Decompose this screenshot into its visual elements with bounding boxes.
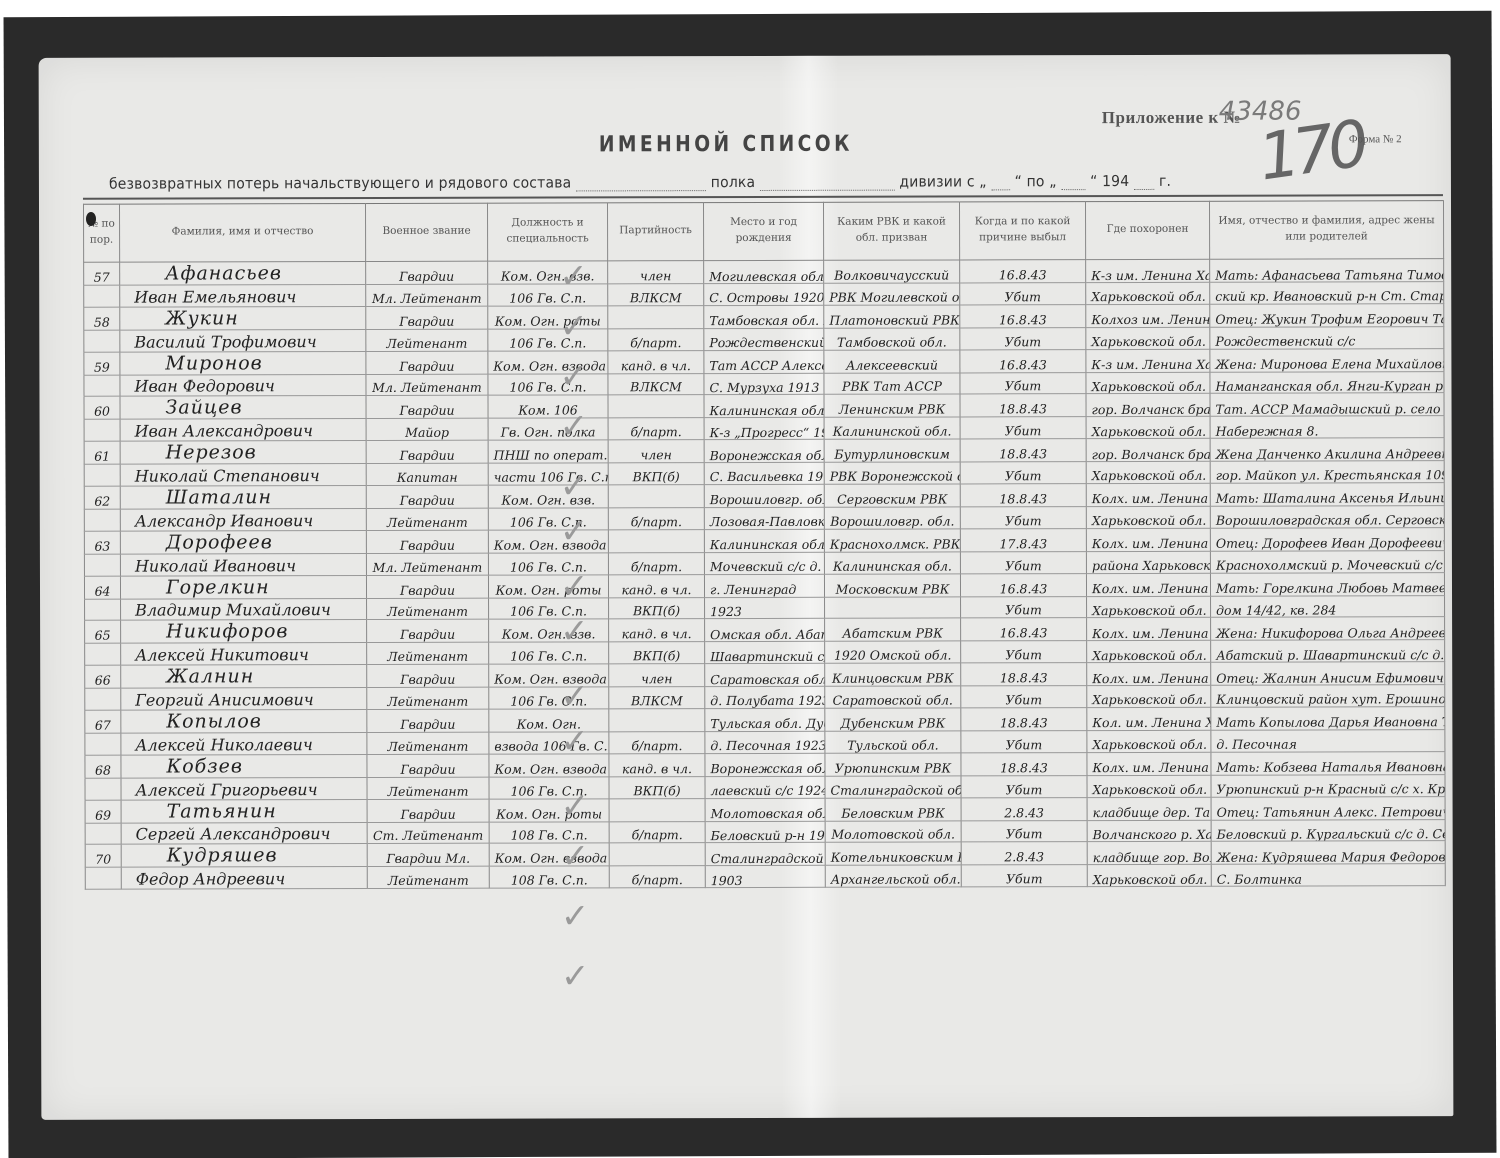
row-number-cont — [84, 464, 120, 486]
death-cause: Убит — [961, 641, 1087, 663]
burial-region: Харьковской обл. — [1086, 461, 1210, 483]
birth-year: Шавартинский с/с д. Осинцево — [705, 642, 825, 664]
death-date: 17.8.43 — [960, 528, 1086, 551]
birth-place: Тульская обл. Дубенский р-н — [705, 708, 825, 731]
relatives-address: Ворошиловградская обл. Серговский р. шах… — [1210, 506, 1444, 528]
row-number: 69 — [85, 800, 121, 823]
row-number: 64 — [84, 576, 120, 599]
row-number-cont — [84, 375, 120, 397]
given-names: Сергей Александрович — [121, 822, 367, 844]
death-date: 2.8.43 — [961, 797, 1087, 820]
burial-place: Колх. им. Ленина Харьковского р. — [1086, 483, 1210, 506]
rvk-region: Тамбовской обл. — [824, 328, 960, 350]
death-date: 18.8.43 — [961, 663, 1087, 686]
relatives: Отец: Дорофеев Иван Дорофеевич Калининск… — [1210, 527, 1444, 551]
birth-place: Омская обл. Абатский р-н — [705, 619, 825, 642]
table-row-continued: Иван ФедоровичМл. Лейтенант106 Гв. С.п.В… — [84, 371, 1444, 396]
table-row-continued: Иван ЕмельяновичМл. Лейтенант106 Гв. С.п… — [84, 282, 1444, 307]
given-names: Алексей Никитович — [121, 643, 367, 665]
party: канд. в чл. — [608, 574, 704, 597]
rvk: Урюпинским РВК — [825, 753, 961, 776]
death-cause: Убит — [960, 462, 1086, 484]
birth-place: Калининская обл. Краснохолмский р. — [704, 529, 824, 552]
table-row: 66ЖалнинГвардииКом. Огн. взводачленСарат… — [85, 662, 1445, 689]
row-number: 61 — [84, 441, 120, 464]
regiment-blank — [576, 190, 706, 191]
table-row: 60ЗайцевГвардииКом. 106Калининская обл. … — [84, 393, 1444, 420]
party: канд. в чл. — [609, 619, 705, 642]
relatives-address: С. Болтинка — [1211, 864, 1445, 886]
rvk-region: Ворошиловгр. обл. — [824, 507, 960, 529]
rvk: Серговским РВК — [824, 484, 960, 507]
birth-place: Тат АССР Алексеевский р. — [704, 350, 824, 373]
rank: Гвардии — [366, 306, 488, 329]
relatives-address: Клинцовский район хут. Ерошино — [1211, 685, 1445, 707]
given-names: Василий Трофимович — [120, 329, 366, 351]
relatives-address: Наманганская обл. Янги-Курган р-н — [1210, 371, 1444, 393]
death-cause: Убит — [960, 417, 1086, 439]
row-number: 62 — [84, 486, 120, 509]
birth-place: Ворошиловгр. обл. Серговский р-н — [704, 484, 824, 507]
pencil-check-icon: ✓ — [560, 676, 589, 716]
row-number-cont — [84, 330, 120, 352]
given-names: Георгий Анисимович — [121, 688, 367, 710]
row-number-cont — [84, 285, 120, 307]
party-status: ВЛКСМ — [609, 687, 705, 709]
burial-place: гор. Волчанск братская могила — [1086, 394, 1210, 417]
relatives: Жена: Кудряшева Мария Федоровна Архангел… — [1211, 841, 1445, 865]
row-number-cont — [85, 733, 121, 755]
rank: Гвардии — [367, 664, 489, 687]
row-number: 70 — [85, 844, 121, 867]
burial-region: района Харьковской обл. — [1086, 551, 1210, 573]
rvk: Волковичаусский — [824, 260, 960, 283]
date-from-blank — [991, 189, 1010, 190]
rvk: Клинцовским РВК — [825, 663, 961, 686]
death-date: 16.8.43 — [960, 304, 1086, 327]
burial-place: кладбище дер. Татарканка — [1087, 797, 1211, 820]
rvk-region: 1920 Омской обл. — [825, 641, 961, 663]
rank: Гвардии — [366, 351, 488, 374]
burial-place: Колх. им. Ленина Харьковского — [1086, 528, 1210, 551]
table-row: 61НерезовГвардииПНШ по операт.членВороне… — [84, 438, 1444, 465]
rvk-region: Саратовской обл. — [825, 686, 961, 708]
birth-place: Молотовская обл. — [705, 798, 825, 821]
burial-place: кладбище гор. Волчанск — [1087, 842, 1211, 865]
punch-hole — [86, 212, 96, 226]
birth-year: К-з „Прогресс“ 1902 — [704, 418, 824, 440]
table-row-continued: Василий ТрофимовичЛейтенант106 Гв. С.п.б… — [84, 326, 1444, 351]
relatives: Мать: Афанасьева Татьяна Тимофеевна, Кра… — [1210, 259, 1444, 283]
unit: взвода 106 Гв. С.п. — [489, 732, 609, 754]
party-status: ВКП(б) — [608, 463, 704, 485]
party: член — [609, 664, 705, 687]
relatives-address: Краснохолмский р. Мочевский с/с д. Мочее — [1210, 550, 1444, 572]
row-number-cont — [84, 554, 120, 576]
rvk-region: РВК Воронежской обл. — [824, 462, 960, 484]
unit: 106 Гв. С.п. — [488, 329, 608, 351]
birth-year: С. Васильевка 1910 — [704, 462, 824, 484]
relatives: Мать: Горелкина Любовь Матвеевна Москва … — [1210, 572, 1444, 596]
surname: Жукин — [120, 306, 366, 330]
relatives-address: Абатский р. Шавартинский с/с д. Осинцево — [1211, 640, 1445, 662]
position: Ком. Огн. взвода — [488, 350, 608, 373]
stamp-number: 170 — [1254, 108, 1368, 196]
given-names: Николай Степанович — [120, 464, 366, 486]
rank: Гвардии — [366, 261, 488, 284]
table-row-continued: Федор АндреевичЛейтенант108 Гв. С.п.б/па… — [85, 864, 1445, 889]
burial-region: Харьковской обл. — [1087, 641, 1211, 663]
pencil-check-icon: ✓ — [559, 306, 588, 346]
birth-year: С. Мурзуха 1913 — [704, 373, 824, 395]
party-status: б/парт. — [609, 821, 705, 843]
rank: Гвардии — [366, 485, 488, 508]
pencil-check-icon: ✓ — [559, 356, 588, 396]
pencil-check-icon: ✓ — [560, 406, 589, 446]
rank: Гвардии — [367, 620, 489, 643]
given-names: Иван Федорович — [120, 374, 366, 396]
burial-place: Кол. им. Ленина Харьковского р-н — [1087, 707, 1211, 730]
relatives-address: Рождественский с/с — [1210, 326, 1444, 348]
death-date: 18.8.43 — [960, 484, 1086, 507]
birth-place: Воронежская обл. Бутурлиновский р. — [704, 439, 824, 462]
year-suffix: г. — [1159, 172, 1171, 190]
party: член — [608, 440, 704, 463]
death-date: 18.8.43 — [961, 708, 1087, 731]
relatives: Мать Копылова Дарья Ивановна Тульской об… — [1211, 707, 1445, 731]
relatives: Жена: Миронова Елена Михайловна УЗ ССР — [1210, 348, 1444, 372]
row-number-cont — [84, 509, 120, 531]
pencil-check-icon: ✓ — [560, 721, 589, 761]
surname: Жалнин — [121, 665, 367, 689]
table-row-continued: Алексей НикитовичЛейтенант106 Гв. С.п.ВК… — [85, 640, 1445, 665]
burial-place: Колх. им. Ленина Харьковского р. — [1087, 752, 1211, 775]
row-number-cont — [85, 599, 121, 621]
division-label: дивизии с „ — [899, 172, 986, 190]
unit: 106 Гв. С.п. — [488, 284, 608, 306]
rank-title: Лейтенант — [366, 329, 488, 351]
table-header-row: № по пор. Фамилия, имя и отчество Военно… — [83, 200, 1443, 262]
surname: Афанасьев — [120, 261, 366, 285]
party: канд. в чл. — [608, 350, 704, 373]
table-row-continued: Иван АлександровичМайорГв. Огн. полкаб/п… — [84, 416, 1444, 441]
surname: Никифоров — [121, 620, 367, 644]
given-names: Николай Иванович — [120, 553, 366, 575]
death-cause: Убит — [961, 686, 1087, 708]
relatives-address: гор. Майкоп ул. Крестьянская 109. — [1210, 461, 1444, 483]
rvk: Бутурлиновским — [824, 439, 960, 462]
rank-title: Лейтенант — [367, 598, 489, 620]
party — [609, 843, 705, 866]
table-row-continued: Владимир МихайловичЛейтенант106 Гв. С.п.… — [85, 595, 1445, 620]
surname: Шаталин — [120, 485, 366, 509]
burial-place: Колх. им. Ленина Харьковского р. — [1087, 662, 1211, 685]
year-blank — [1134, 189, 1154, 190]
burial-region: Харьковской обл. — [1087, 596, 1211, 618]
pencil-check-icon: ✓ — [561, 836, 590, 876]
table-row-continued: Алексей НиколаевичЛейтенантвзвода 106 Гв… — [85, 730, 1445, 755]
col-header-buried: Где похоронен — [1085, 201, 1209, 260]
given-names: Федор Андреевич — [121, 867, 367, 889]
relatives-address: дом 14/42, кв. 284 — [1211, 595, 1445, 617]
death-cause: Убит — [960, 372, 1086, 394]
position: Ком. Огн. — [489, 709, 609, 732]
rank-title: Лейтенант — [367, 687, 489, 709]
rvk-region: Калининской обл. — [824, 417, 960, 439]
table-row: 68КобзевГвардииКом. Огн. взводаканд. в ч… — [85, 751, 1445, 778]
subtitle-text: безвозвратных потерь начальствующего и р… — [109, 173, 571, 192]
party-status: б/парт. — [609, 732, 705, 754]
party-status: б/парт. — [608, 418, 704, 440]
party — [608, 395, 704, 418]
position: Ком. Огн. взвода — [489, 664, 609, 687]
burial-region: Харьковской обл. — [1087, 775, 1211, 797]
party-status: б/парт. — [608, 328, 704, 350]
party — [609, 709, 705, 732]
birth-year: 1923 — [705, 597, 825, 619]
party-status: б/парт. — [608, 508, 704, 530]
table-row-continued: Николай СтепановичКапитанчасти 106 Гв. С… — [84, 461, 1444, 486]
table-row: 57АфанасьевГвардииКом. Огн. взв.членМоги… — [84, 259, 1444, 286]
party-status: ВКП(б) — [609, 642, 705, 664]
unit: части 106 Гв. С.п. — [488, 463, 608, 485]
death-cause: Убит — [960, 327, 1086, 349]
death-cause: Убит — [961, 865, 1087, 887]
table-row: 59МироновГвардииКом. Огн. взводаканд. в … — [84, 348, 1444, 375]
party — [609, 798, 705, 821]
given-names: Александр Иванович — [120, 508, 366, 530]
rank-title: Лейтенант — [367, 867, 489, 889]
rank-title: Лейтенант — [366, 508, 488, 530]
rvk: Платоновский РВК — [824, 305, 960, 328]
col-header-party: Партийность — [607, 202, 703, 261]
birth-year: Мочевский с/с д. Мочее 1921 — [704, 552, 824, 574]
unit: 106 Гв. С.п. — [488, 508, 608, 530]
position: Ком. Огн. взв. — [488, 485, 608, 508]
table-row: 67КопыловГвардииКом. Огн.Тульская обл. Д… — [85, 707, 1445, 734]
relatives-address: д. Песочная — [1211, 730, 1445, 752]
party-status: б/парт. — [609, 866, 705, 888]
birth-place: Калининская обл. Ленинский р. — [704, 395, 824, 418]
rvk: Ленинским РВК — [824, 394, 960, 417]
table-row: 62ШаталинГвардииКом. Огн. взв.Ворошиловг… — [84, 483, 1444, 510]
rank-title: Капитан — [366, 463, 488, 485]
rank: Гвардии — [366, 530, 488, 553]
party — [608, 305, 704, 328]
death-cause: Убит — [961, 596, 1087, 618]
rvk-region: Калининская обл. — [824, 552, 960, 574]
rank-title: Лейтенант — [367, 643, 489, 665]
birth-year: Рождественский с/с 1915 — [704, 328, 824, 350]
col-header-position: Должность и специальность — [487, 202, 607, 261]
unit: 108 Гв. С.п. — [489, 821, 609, 843]
relatives-address: Беловский р. Кургальский с/с д. Сергеево — [1211, 819, 1445, 841]
position: Ком. Огн. роты — [489, 798, 609, 821]
birth-year: д. Полубата 1923 — [705, 686, 825, 708]
rvk: Дубенским РВК — [825, 708, 961, 731]
page-title: ИМЕННОЙ СПИСОК — [599, 132, 853, 158]
rvk: Краснохолмск. РВК — [824, 529, 960, 552]
burial-place: Колх. им. Ленина Харьковского р. — [1086, 573, 1210, 596]
row-number: 60 — [84, 397, 120, 420]
given-names: Алексей Николаевич — [121, 732, 367, 754]
col-header-rvk: Каким РВК и какой обл. призван — [823, 201, 959, 260]
birth-place: г. Ленинград — [704, 574, 824, 597]
row-number: 63 — [84, 531, 120, 554]
death-date: 16.8.43 — [960, 573, 1086, 596]
rank: Гвардии — [367, 799, 489, 822]
unit: 106 Гв. С.п. — [489, 687, 609, 709]
party: член — [608, 261, 704, 284]
unit: Гв. Огн. полка — [488, 418, 608, 440]
death-cause: Убит — [960, 551, 1086, 573]
relatives: Тат. АССР Мамадышский р. село Зашим — [1210, 393, 1444, 417]
document-page: Приложение к № 43486 170 Форма № 2 ИМЕНН… — [39, 54, 1454, 1120]
death-cause: Убит — [961, 775, 1087, 797]
party-status: б/парт. — [608, 552, 704, 574]
rvk-region: Сталинградской обл. — [825, 776, 961, 798]
rvk: Московским РВК — [824, 574, 960, 597]
given-names: Алексей Григорьевич — [121, 777, 367, 799]
pencil-check-icon: ✓ — [560, 566, 589, 606]
col-header-name: Фамилия, имя и отчество — [119, 203, 365, 262]
surname: Зайцев — [120, 396, 366, 420]
party — [608, 529, 704, 552]
burial-place: К-з им. Ленина Харьковского р. — [1086, 259, 1210, 282]
table-row: 64ГорелкинГвардииКом. Огн. ротыканд. в ч… — [84, 572, 1444, 599]
given-names: Иван Емельянович — [120, 284, 366, 306]
pencil-check-icon: ✓ — [561, 786, 590, 826]
table-row: 58ЖукинГвардииКом. Огн. ротыТамбовская о… — [84, 303, 1444, 330]
position: Ком. Огн. взв. — [489, 619, 609, 642]
birth-year: д. Песочная 1923 — [705, 731, 825, 753]
position: Ком. Огн. взвода — [489, 754, 609, 777]
burial-region: Харьковской обл. — [1087, 730, 1211, 752]
death-cause: Убит — [960, 507, 1086, 529]
division-blank — [760, 190, 895, 191]
party-status: ВКП(б) — [609, 597, 705, 619]
rvk-region: Тульской обл. — [825, 731, 961, 753]
row-number: 66 — [85, 665, 121, 688]
rank-title: Ст. Лейтенант — [367, 822, 489, 844]
rvk-region: Молотовской обл. — [825, 821, 961, 843]
date-to-label: “ по „ — [1015, 172, 1057, 190]
unit: 106 Гв. С.п. — [488, 373, 608, 395]
death-cause: Убит — [961, 820, 1087, 842]
regiment-label: полка — [711, 173, 756, 191]
surname: Кобзев — [121, 754, 367, 778]
rvk-region: РВК Могилевской обл. — [824, 283, 960, 305]
birth-year: лаевский с/с 1924 — [705, 776, 825, 798]
position: Ком. Огн. взв. — [488, 261, 608, 284]
row-number-cont — [85, 688, 121, 710]
relatives: Отец: Жалнин Анисим Ефимович Саратовская… — [1211, 662, 1445, 686]
rvk-region: Архангельской обл. — [825, 865, 961, 887]
table-row-continued: Сергей АлександровичСт. Лейтенант108 Гв.… — [85, 819, 1445, 844]
burial-region: Харьковской обл. — [1087, 685, 1211, 707]
surname: Дорофеев — [120, 530, 366, 554]
row-number-cont — [85, 823, 121, 845]
table-row: 63ДорофеевГвардииКом. Огн. взводаКалинин… — [84, 527, 1444, 554]
given-names: Иван Александрович — [120, 419, 366, 441]
col-header-rank: Военное звание — [365, 203, 487, 262]
table-row: 65НикифоровГвардииКом. Огн. взв.канд. в … — [85, 617, 1445, 644]
birth-place: Саратовская обл. Клинцовский р. — [705, 663, 825, 686]
rvk: Котельниковским РВК — [825, 842, 961, 865]
party — [608, 485, 704, 508]
burial-place: Колх. им. Ленина Харьковского р. — [1087, 618, 1211, 641]
rank-title: Лейтенант — [367, 732, 489, 754]
relatives-address: Набережная 8. — [1210, 416, 1444, 438]
row-number-cont — [85, 778, 121, 800]
relatives: Отец: Татьянин Алекс. Петрович Молотовск… — [1211, 796, 1445, 820]
unit: 108 Гв. С.п. — [489, 866, 609, 888]
relatives-address: Урюпинский р-н Красный с/с х. Красный — [1211, 774, 1445, 796]
rank-title: Майор — [366, 419, 488, 441]
birth-year: Лозовая-Павловка 1914 — [704, 507, 824, 529]
party-status: ВЛКСМ — [608, 373, 704, 395]
pencil-check-icon: ✓ — [561, 896, 590, 936]
burial-place: К-з им. Ленина Харьковского р. — [1086, 349, 1210, 372]
burial-region: Харьковской обл. — [1086, 372, 1210, 394]
party-status: ВКП(б) — [609, 776, 705, 798]
death-date: 16.8.43 — [960, 349, 1086, 372]
table-body: 57АфанасьевГвардииКом. Огн. взв.членМоги… — [84, 259, 1446, 890]
surname: Нерезов — [120, 441, 366, 465]
position: Ком. Огн. роты — [488, 306, 608, 329]
rank: Гвардии — [366, 396, 488, 419]
col-header-death: Когда и по какой причине выбыл — [959, 201, 1085, 260]
col-header-birth: Место и год рождения — [703, 202, 823, 261]
rvk: Алексеевский — [824, 350, 960, 373]
row-number-cont — [85, 644, 121, 666]
casualty-table: № по пор. Фамилия, имя и отчество Военно… — [83, 200, 1446, 890]
death-date: 16.8.43 — [961, 618, 1087, 641]
rank: Гвардии — [366, 440, 488, 463]
birth-place: Сталинградской обл. Камышинский р. — [705, 843, 825, 866]
pencil-check-icon: ✓ — [560, 611, 589, 651]
table-row: 70КудряшевГвардии Мл.Ком. Огн. взводаСта… — [85, 841, 1445, 868]
rank: Гвардии — [366, 575, 488, 598]
date-to-blank — [1061, 189, 1085, 190]
rank: Гвардии — [367, 709, 489, 732]
row-number-cont — [84, 420, 120, 442]
unit: 106 Гв. С.п. — [489, 597, 609, 619]
year-label: “ 194 — [1090, 172, 1129, 190]
unit: 106 Гв. С.п. — [489, 777, 609, 799]
birth-year: Беловский р-н 1918 — [705, 821, 825, 843]
birth-place: Могилевская обл. Волковичаусский р. — [704, 260, 824, 283]
relatives: Отец: Жукин Трофим Егорович Тамбовская о… — [1210, 303, 1444, 327]
burial-region: Харьковской обл. — [1086, 506, 1210, 528]
death-date: 18.8.43 — [960, 439, 1086, 462]
rvk: Абатским РВК — [825, 618, 961, 641]
surname: Татьянин — [121, 799, 367, 823]
death-date: 16.8.43 — [960, 260, 1086, 283]
pencil-check-icon: ✓ — [560, 511, 589, 551]
birth-place: Воронежская обл. Козловский р. Нико- — [705, 753, 825, 776]
birth-place: Тамбовская обл. Платоновский р. — [704, 305, 824, 328]
row-number: 57 — [84, 262, 120, 285]
burial-region: Харьковской обл. — [1087, 865, 1211, 887]
surname: Горелкин — [120, 575, 366, 599]
rank-title: Лейтенант — [367, 777, 489, 799]
relatives-address: ский кр. Ивановский р-н Ст. Старо-Нижест… — [1210, 282, 1444, 304]
row-number: 67 — [85, 710, 121, 733]
burial-region: Харьковской обл. — [1086, 417, 1210, 439]
surname: Копылов — [121, 709, 367, 733]
row-number: 58 — [84, 307, 120, 330]
